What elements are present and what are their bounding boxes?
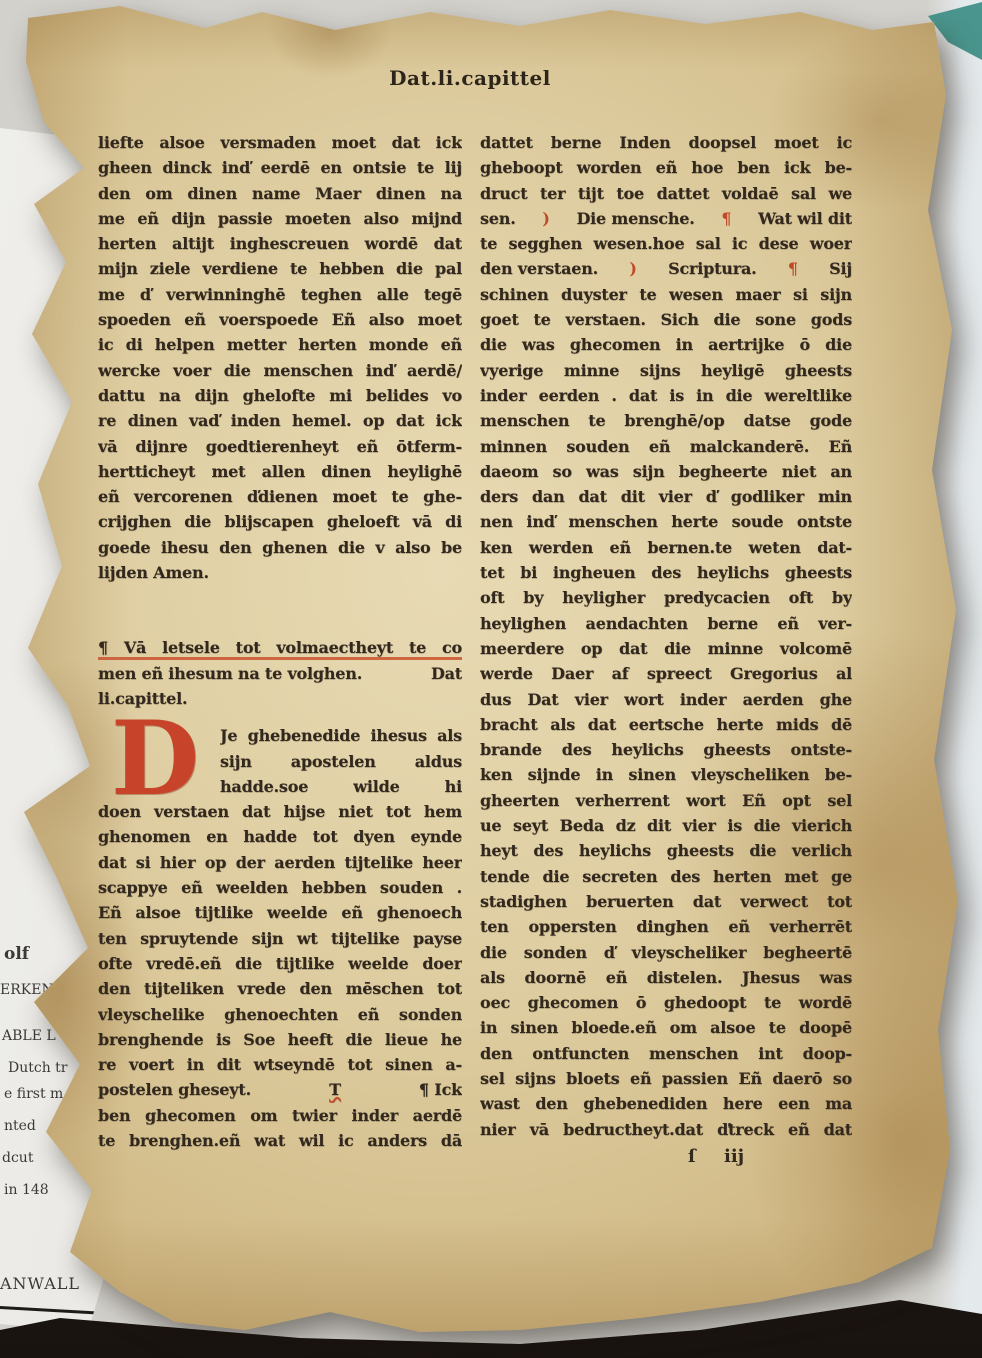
text-line: gheboopt worden eñ hoe ben ick be- — [480, 155, 852, 180]
text-line: nen inď menschen herte soude ontste — [480, 509, 852, 534]
text-line: sijn apostelen aldus ghesterct — [220, 749, 462, 774]
text-line: te segghen wesen.hoe sal ic dese woer — [480, 231, 852, 256]
rubric-mark: ) — [542, 206, 549, 231]
text-segment: Sij — [829, 256, 852, 281]
rubricated-underline-text: men eñ ihesum na te volghen. — [98, 661, 362, 686]
chapter-body: D Je ghebenedide ihesus als hisijn apost… — [98, 723, 462, 1153]
text-line: vā dijnre goedtierenheyt eñ ōtferm- — [98, 434, 462, 459]
text-line: oec ghecomen ō ghedoopt te wordē — [480, 990, 852, 1015]
right-column: dattet berne Inden doopsel moet icgheboo… — [480, 130, 852, 1142]
text-line: tet bi ingheuen des heylichs gheests — [480, 560, 852, 585]
text-line: werde Daer af spreect Gregorius al — [480, 661, 852, 686]
right-lines-body: schinen duyster te wesen maer si sijngoe… — [480, 282, 852, 1142]
text-line: ghenomen en hadde tot dyen eynde — [98, 824, 462, 849]
text-line: Eñ alsoe tijtlike weelde eñ ghenoech — [98, 900, 462, 925]
text-line: re voert in dit wtseyndē tot sinen a- — [98, 1052, 462, 1077]
text-line: schinen duyster te wesen maer si sijn — [480, 282, 852, 307]
text-line: ken werden eñ bernen.te weten dat- — [480, 535, 852, 560]
text-line: ders dan dat dit vier ď godliker min — [480, 484, 852, 509]
heading-text: Dat — [431, 661, 462, 686]
text-line: heylighen aendachten berne eñ ver- — [480, 611, 852, 636]
text-line: dattet berne Inden doopsel moet ic — [480, 130, 852, 155]
text-line: brande des heylichs gheests ontste- — [480, 737, 852, 762]
text-line: hadde.soe wilde hi hemluydē — [220, 774, 462, 799]
text-segment: postelen gheseyt. — [98, 1077, 251, 1102]
text-segment: sen. — [480, 206, 516, 231]
text-line: bracht als dat eertsche herte mids dē — [480, 712, 852, 737]
text-line: me eñ dijn passie moeten also mijnď — [98, 206, 462, 231]
left-column: liefte alsoe versmaden moet dat ickgheen… — [98, 130, 462, 1153]
text-line: spoeden eñ voerspoede Eñ also moet — [98, 307, 462, 332]
pilcrow-mark: ¶ — [419, 1080, 429, 1099]
pilcrow-mark-red: ¶ — [721, 206, 731, 231]
text-line: goede ihesu den ghenen die v also be — [98, 535, 462, 560]
text-line: gheerten verherrent wort Eñ opt sel — [480, 788, 852, 813]
text-line: wast den ghebenediden here een ma — [480, 1091, 852, 1116]
text-line: den tijteliken vrede den mēschen tot — [98, 976, 462, 1001]
text-line: ue seyt Beda dz dit vier is die vierich — [480, 813, 852, 838]
text-line: brenghende is Soe heeft die lieue he — [98, 1027, 462, 1052]
text-line: vleyschelike ghenoechten eñ sonden — [98, 1002, 462, 1027]
text-line: inder eerden . dat is in die wereltlike — [480, 383, 852, 408]
text-segment: Wat wil dit — [758, 206, 852, 231]
text-line: crijghen die blijscapen gheloeft vā di — [98, 509, 462, 534]
rubricated-underline-text: Scriptura. — [668, 256, 756, 281]
text-line: Je ghebenedide ihesus als hi — [220, 723, 462, 748]
gheseyt-line: postelen gheseyt. T ¶ Ick — [98, 1077, 462, 1102]
text-line: gheen dinck inď eerdē en ontsie te lij — [98, 155, 462, 180]
text-segment: Ick — [434, 1080, 462, 1099]
rubric-mark: ) — [629, 256, 636, 281]
text-line: me ď verwinninghē teghen alle tegē — [98, 282, 462, 307]
body-lines: doen verstaen dat hijse niet tot hemghen… — [98, 799, 462, 1077]
heading-line-2: men eñ ihesum na te volghen. Dat — [98, 661, 462, 686]
text-segment: den verstaen. — [480, 256, 598, 281]
text-line: nier vā bedructheyt.dat ďtreck eñ dat — [480, 1117, 852, 1142]
text-line: vyerige minne sijns heyligē gheests — [480, 358, 852, 383]
text-line: daeom so was sijn begheerte niet an — [480, 459, 852, 484]
text-line: ken sijnde in sinen vleyscheliken be- — [480, 762, 852, 787]
right-lines-top: dattet berne Inden doopsel moet icgheboo… — [480, 130, 852, 206]
text-line: scappye eñ weelden hebben souden . — [98, 875, 462, 900]
photo-background: olf ERKEN, ABLE L Dutch tr e first m nte… — [0, 0, 982, 1358]
incunable-page: Dat.li.capittel liefte alsoe versmaden m… — [0, 0, 982, 1358]
text-line: stadighen beruerten dat verwect tot — [480, 889, 852, 914]
text-line: hertticheyt met allen dinen heylighē — [98, 459, 462, 484]
text-line: eñ vercorenen ďdienen moet te ghe- — [98, 484, 462, 509]
text-line: goet te verstaen. Sich die sone gods — [480, 307, 852, 332]
text-line: in sinen bloede.eñ om alsoe te doopē — [480, 1015, 852, 1040]
running-title: Dat.li.capittel — [300, 66, 640, 90]
text-line: als doornē eñ distelen. Jhesus was — [480, 965, 852, 990]
pilcrow-mark-red: ¶ — [788, 256, 798, 281]
die-mensche-line: sen. ) Die mensche. ¶ Wat wil dit — [480, 206, 852, 231]
text-line: menschen te brenghē/op datse gode — [480, 408, 852, 433]
text-line: dattu na dijn ghelofte mi belides vo — [98, 383, 462, 408]
text-line: die sonden ď vleyscheliker begheertē — [480, 940, 852, 965]
text-line: ten spruytende sijn wt tijtelike payse — [98, 926, 462, 951]
text-line: liefte alsoe versmaden moet dat ick — [98, 130, 462, 155]
text-line: herten altijt inghescreuen wordē dat — [98, 231, 462, 256]
body-end-lines: ben ghecomen om twier inder aerdēte bren… — [98, 1103, 462, 1154]
text-line: ten oppersten dinghen eñ verherrēt — [480, 914, 852, 939]
text-line: tende die secreten des herten met ge — [480, 864, 852, 889]
rubricated-initial: D — [92, 711, 218, 807]
quire-signature: ſ iij — [688, 1146, 808, 1167]
text-line: sel sijns bloets eñ passien Eñ daerō so — [480, 1066, 852, 1091]
text-line: ic di helpen metter herten monde eñ — [98, 332, 462, 357]
rubricated-underline-text: Die mensche. — [576, 206, 694, 231]
text-line: die was ghecomen in aertrijke ō die — [480, 332, 852, 357]
text-line: dus Dat vier wort inder aerden ghe — [480, 687, 852, 712]
scriptura-line: den verstaen. ) Scriptura. ¶ Sij — [480, 256, 852, 281]
text-line: dat si hier op der aerden tijtelike heer — [98, 850, 462, 875]
text-line: ben ghecomen om twier inder aerdē — [98, 1103, 462, 1128]
paragraph-1: liefte alsoe versmaden moet dat ickgheen… — [98, 130, 462, 560]
text-line: re dinen vaď inden hemel. op dat ick — [98, 408, 462, 433]
rubricated-underline-text: ¶ Vā letsele tot volmaectheyt te co — [98, 638, 462, 660]
text-line: mijn ziele verdiene te hebben die pal — [98, 256, 462, 281]
rubricated-letter: T — [329, 1077, 341, 1102]
page-wrapper: Dat.li.capittel liefte alsoe versmaden m… — [0, 0, 982, 1358]
text-line: druct ter tijt toe dattet voldaē sal we — [480, 181, 852, 206]
text-line: oft by heyligher predycacien oft by — [480, 585, 852, 610]
text-line: te brenghen.eñ wat wil ic anders dā — [98, 1128, 462, 1153]
text-line: wercke voer die menschen inď aerdē/ — [98, 358, 462, 383]
text-line: minnen souden eñ malckanderē. Eñ — [480, 434, 852, 459]
heading-line-1: ¶ Vā letsele tot volmaectheyt te co — [98, 635, 462, 660]
text-line: heyt des heylichs gheests die verlich — [480, 838, 852, 863]
text-line: den ontfuncten menschen int doop- — [480, 1041, 852, 1066]
text-line: ofte vredē.eñ die tijtlike weelde doer — [98, 951, 462, 976]
text-line: meerdere op dat die minne volcomē — [480, 636, 852, 661]
text-segment-group: ¶ Ick — [419, 1077, 462, 1102]
text-line: den om dinen name Maer dinen na — [98, 181, 462, 206]
text-line: lijden Amen. — [98, 560, 462, 585]
